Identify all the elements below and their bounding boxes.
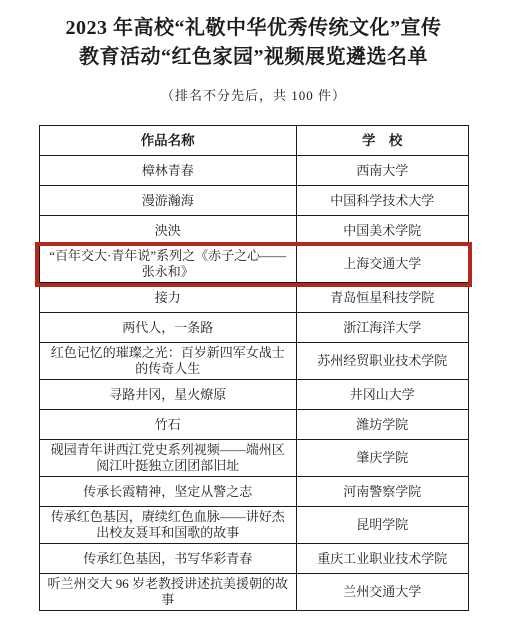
- table-body: 樟林青春西南大学漫游瀚海中国科学技术大学泱泱中国美术学院“百年交大·青年说”系列…: [39, 156, 468, 611]
- school-cell: 井冈山大学: [296, 380, 468, 410]
- page-subtitle: （排名不分先后，共 100 件）: [0, 85, 507, 104]
- school-cell: 重庆工业职业技术学院: [296, 544, 468, 574]
- school-cell: 上海交通大学: [296, 246, 468, 283]
- school-cell: 青岛恒星科技学院: [296, 283, 468, 313]
- table-row: 传承红色基因，赓续红色血脉——讲好杰出校友聂耳和国歌的故事昆明学院: [39, 507, 468, 544]
- page-title: 2023 年高校“礼敬中华优秀传统文化”宣传 教育活动“红色家园”视频展览遴选名…: [10, 14, 497, 72]
- work-name-cell: 传承红色基因，书写华彩青春: [39, 544, 296, 574]
- table-header-row: 作品名称 学 校: [39, 126, 468, 156]
- work-name-cell: 樟林青春: [39, 156, 296, 186]
- school-cell: 肇庆学院: [296, 440, 468, 477]
- work-name-cell: 泱泱: [39, 216, 296, 246]
- work-name-cell: 砚园青年讲西江党史系列视频——端州区阅江叶挺独立团团部旧址: [39, 440, 296, 477]
- table-row: 传承长霞精神，坚定从警之志河南警察学院: [39, 477, 468, 507]
- table-row: 两代人，一条路浙江海洋大学: [39, 313, 468, 343]
- title-line-2: 教育活动“红色家园”视频展览遴选名单: [10, 43, 497, 72]
- selection-table: 作品名称 学 校 樟林青春西南大学漫游瀚海中国科学技术大学泱泱中国美术学院“百年…: [39, 125, 469, 611]
- work-name-cell: 接力: [39, 283, 296, 313]
- school-cell: 苏州经贸职业技术学院: [296, 343, 468, 380]
- table-row: 泱泱中国美术学院: [39, 216, 468, 246]
- highlighted-table-row: “百年交大·青年说”系列之《赤子之心——张永和》上海交通大学: [39, 246, 468, 283]
- table-row: 砚园青年讲西江党史系列视频——端州区阅江叶挺独立团团部旧址肇庆学院: [39, 440, 468, 477]
- school-cell: 西南大学: [296, 156, 468, 186]
- table-row: 传承红色基因，书写华彩青春重庆工业职业技术学院: [39, 544, 468, 574]
- work-name-cell: 红色记忆的璀璨之光：百岁新四军女战士的传奇人生: [39, 343, 296, 380]
- work-name-cell: 听兰州交大 96 岁老教授讲述抗美援朝的故事: [39, 574, 296, 611]
- school-cell: 河南警察学院: [296, 477, 468, 507]
- table-row: 竹石潍坊学院: [39, 410, 468, 440]
- work-name-cell: 竹石: [39, 410, 296, 440]
- document-page: 2023 年高校“礼敬中华优秀传统文化”宣传 教育活动“红色家园”视频展览遴选名…: [0, 0, 507, 641]
- work-name-cell: 传承红色基因，赓续红色血脉——讲好杰出校友聂耳和国歌的故事: [39, 507, 296, 544]
- work-name-cell: 两代人，一条路: [39, 313, 296, 343]
- school-cell: 昆明学院: [296, 507, 468, 544]
- table-row: 漫游瀚海中国科学技术大学: [39, 186, 468, 216]
- header-work-name: 作品名称: [39, 126, 296, 156]
- table-row: 红色记忆的璀璨之光：百岁新四军女战士的传奇人生苏州经贸职业技术学院: [39, 343, 468, 380]
- school-cell: 中国美术学院: [296, 216, 468, 246]
- table-row: 寻路井冈，星火燎原井冈山大学: [39, 380, 468, 410]
- school-cell: 潍坊学院: [296, 410, 468, 440]
- school-cell: 浙江海洋大学: [296, 313, 468, 343]
- header-school: 学 校: [296, 126, 468, 156]
- work-name-cell: 寻路井冈，星火燎原: [39, 380, 296, 410]
- title-line-1: 2023 年高校“礼敬中华优秀传统文化”宣传: [10, 14, 497, 43]
- work-name-cell: “百年交大·青年说”系列之《赤子之心——张永和》: [39, 246, 296, 283]
- table-row: 听兰州交大 96 岁老教授讲述抗美援朝的故事兰州交通大学: [39, 574, 468, 611]
- table-row: 接力青岛恒星科技学院: [39, 283, 468, 313]
- table-row: 樟林青春西南大学: [39, 156, 468, 186]
- work-name-cell: 漫游瀚海: [39, 186, 296, 216]
- work-name-cell: 传承长霞精神，坚定从警之志: [39, 477, 296, 507]
- school-cell: 兰州交通大学: [296, 574, 468, 611]
- school-cell: 中国科学技术大学: [296, 186, 468, 216]
